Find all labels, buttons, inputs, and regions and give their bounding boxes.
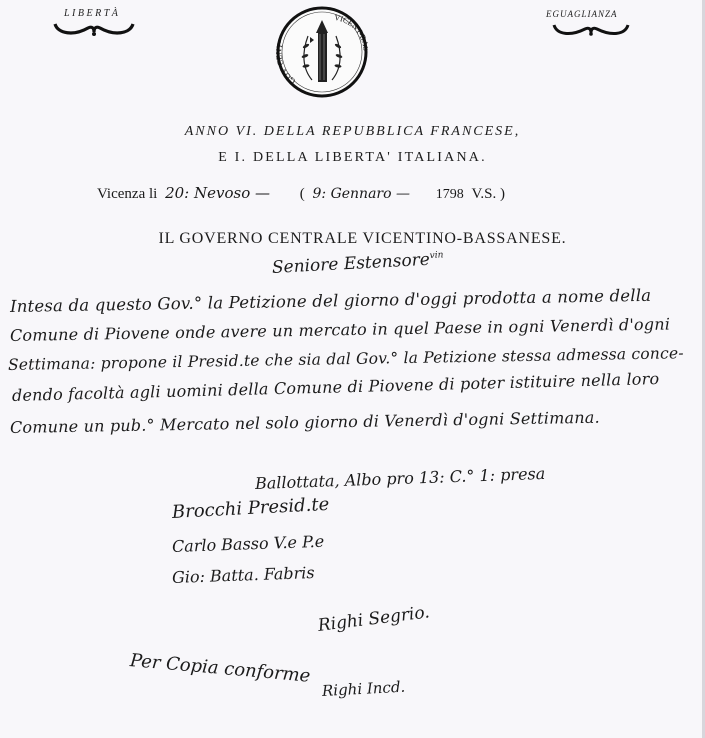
date-suffix: V.S. ) [472, 186, 506, 202]
ballot-result: Ballottata, Albo pro 13: C.° 1: presa [255, 464, 546, 493]
signature-vice-president: Carlo Basso V.e P.e [172, 532, 325, 556]
signature-president: Brocchi Presid.te [171, 494, 329, 523]
subheading-text: Seniore Estensore [271, 250, 430, 278]
motto-eguaglianza: EGUAGLIANZA [546, 9, 618, 19]
body-line-2: Comune di Piovene onde avere un mercato … [10, 314, 670, 345]
header-republic-year: ANNO VI. DELLA REPUBBLICA FRANCESE, [0, 124, 705, 140]
certification-signature: Righi Incd. [322, 678, 406, 700]
date-paren-open: ( [300, 186, 305, 202]
body-line-5: Comune un pub.° Mercato nel solo giorno … [10, 408, 600, 437]
motto-liberta: LIBERTÀ [64, 8, 120, 19]
body-line-3: Settimana: propone il Presid.te che sia … [8, 344, 684, 374]
fasces-seal-icon: GOV·CENT· VICENT-BAS· [276, 6, 368, 98]
flourish-left-icon [52, 20, 136, 38]
date-republican: 20: Nevoso — [165, 184, 270, 202]
authority-heading: IL GOVERNO CENTRALE VICENTINO-BASSANESE. [10, 230, 705, 248]
signature-fabris: Gio: Batta. Fabris [172, 563, 315, 587]
body-line-4: dendo facoltà agli uomini della Comune d… [12, 369, 660, 405]
date-prefix: Vicenza li [97, 186, 157, 202]
date-year: 1798 [436, 187, 464, 202]
header-liberty-year: E I. DELLA LIBERTA' ITALIANA. [0, 150, 705, 166]
signature-secretary: Righi Segrio. [317, 602, 431, 636]
subheading-superscript: vin [429, 250, 443, 261]
flourish-right-icon [551, 22, 631, 38]
date-old-style: 9: Gennaro — [313, 186, 411, 202]
date-line: Vicenza li 20: Nevoso — ( 9: Gennaro — 1… [97, 184, 505, 203]
handwritten-subheading: Seniore Estensorevin [271, 249, 444, 278]
certification-note: Per Copia conforme [129, 650, 311, 687]
body-line-1: Intesa da questo Gov.° la Petizione del … [10, 286, 652, 316]
